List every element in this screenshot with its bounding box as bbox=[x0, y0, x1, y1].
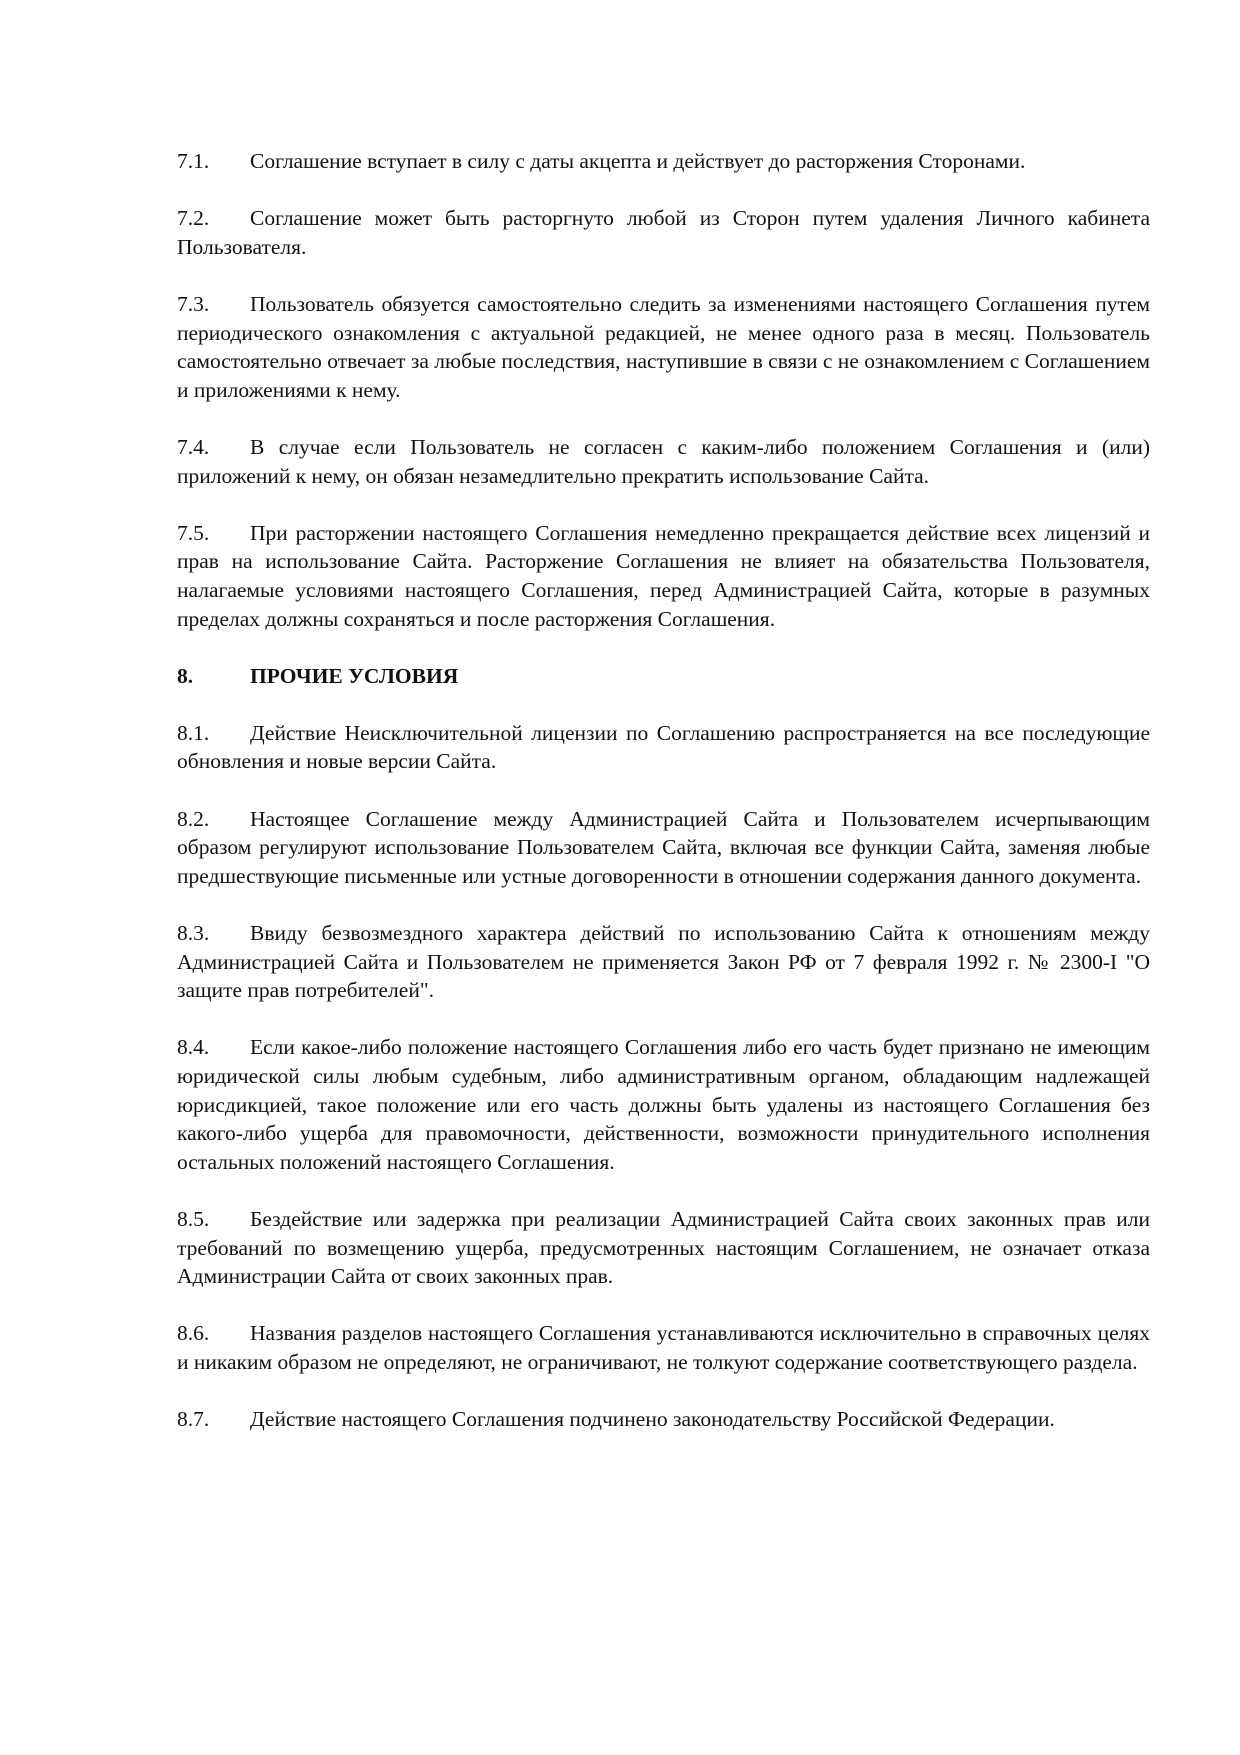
clause-number: 8.6. bbox=[177, 1319, 250, 1348]
clause-text: В случае если Пользователь не согласен с… bbox=[177, 435, 1150, 488]
clause-text: Пользователь обязуется самостоятельно сл… bbox=[177, 292, 1150, 402]
section-number: 8. bbox=[177, 662, 250, 691]
clause-8-2: 8.2.Настоящее Соглашение между Администр… bbox=[177, 805, 1150, 891]
clause-text: Ввиду безвозмездного характера действий … bbox=[177, 921, 1150, 1002]
clause-number: 7.4. bbox=[177, 433, 250, 462]
clause-number: 8.1. bbox=[177, 719, 250, 748]
clause-number: 8.2. bbox=[177, 805, 250, 834]
clause-7-4: 7.4.В случае если Пользователь не соглас… bbox=[177, 433, 1150, 490]
section-title: ПРОЧИЕ УСЛОВИЯ bbox=[250, 664, 458, 688]
clause-number: 7.5. bbox=[177, 519, 250, 548]
clause-number: 7.1. bbox=[177, 147, 250, 176]
clause-number: 7.3. bbox=[177, 290, 250, 319]
clause-text: При расторжении настоящего Соглашения не… bbox=[177, 521, 1150, 631]
clause-8-1: 8.1.Действие Неисключительной лицензии п… bbox=[177, 719, 1150, 776]
clause-text: Если какое-либо положение настоящего Сог… bbox=[177, 1035, 1150, 1173]
clause-number: 8.7. bbox=[177, 1405, 250, 1434]
clause-text: Действие Неисключительной лицензии по Со… bbox=[177, 721, 1150, 774]
clause-text: Бездействие или задержка при реализации … bbox=[177, 1207, 1150, 1288]
clause-7-5: 7.5.При расторжении настоящего Соглашени… bbox=[177, 519, 1150, 633]
clause-number: 8.5. bbox=[177, 1205, 250, 1234]
clause-7-2: 7.2.Соглашение может быть расторгнуто лю… bbox=[177, 204, 1150, 261]
clause-text: Настоящее Соглашение между Администрацие… bbox=[177, 807, 1150, 888]
clause-8-4: 8.4.Если какое-либо положение настоящего… bbox=[177, 1033, 1150, 1176]
section-heading: 8.ПРОЧИЕ УСЛОВИЯ bbox=[177, 662, 1150, 691]
clause-text: Соглашение может быть расторгнуто любой … bbox=[177, 206, 1150, 259]
clause-number: 8.4. bbox=[177, 1033, 250, 1062]
clause-8-6: 8.6.Названия разделов настоящего Соглаше… bbox=[177, 1319, 1150, 1376]
clause-7-3: 7.3.Пользователь обязуется самостоятельн… bbox=[177, 290, 1150, 404]
document-page: 7.1.Соглашение вступает в силу с даты ак… bbox=[177, 147, 1150, 1462]
clause-7-1: 7.1.Соглашение вступает в силу с даты ак… bbox=[177, 147, 1150, 176]
clause-8-5: 8.5.Бездействие или задержка при реализа… bbox=[177, 1205, 1150, 1291]
clause-number: 8.3. bbox=[177, 919, 250, 948]
clause-text: Названия разделов настоящего Соглашения … bbox=[177, 1321, 1150, 1374]
clause-text: Соглашение вступает в силу с даты акцепт… bbox=[250, 149, 1025, 173]
clause-text: Действие настоящего Соглашения подчинено… bbox=[250, 1407, 1055, 1431]
clause-number: 7.2. bbox=[177, 204, 250, 233]
clause-8-3: 8.3.Ввиду безвозмездного характера дейст… bbox=[177, 919, 1150, 1005]
clause-8-7: 8.7.Действие настоящего Соглашения подчи… bbox=[177, 1405, 1150, 1434]
